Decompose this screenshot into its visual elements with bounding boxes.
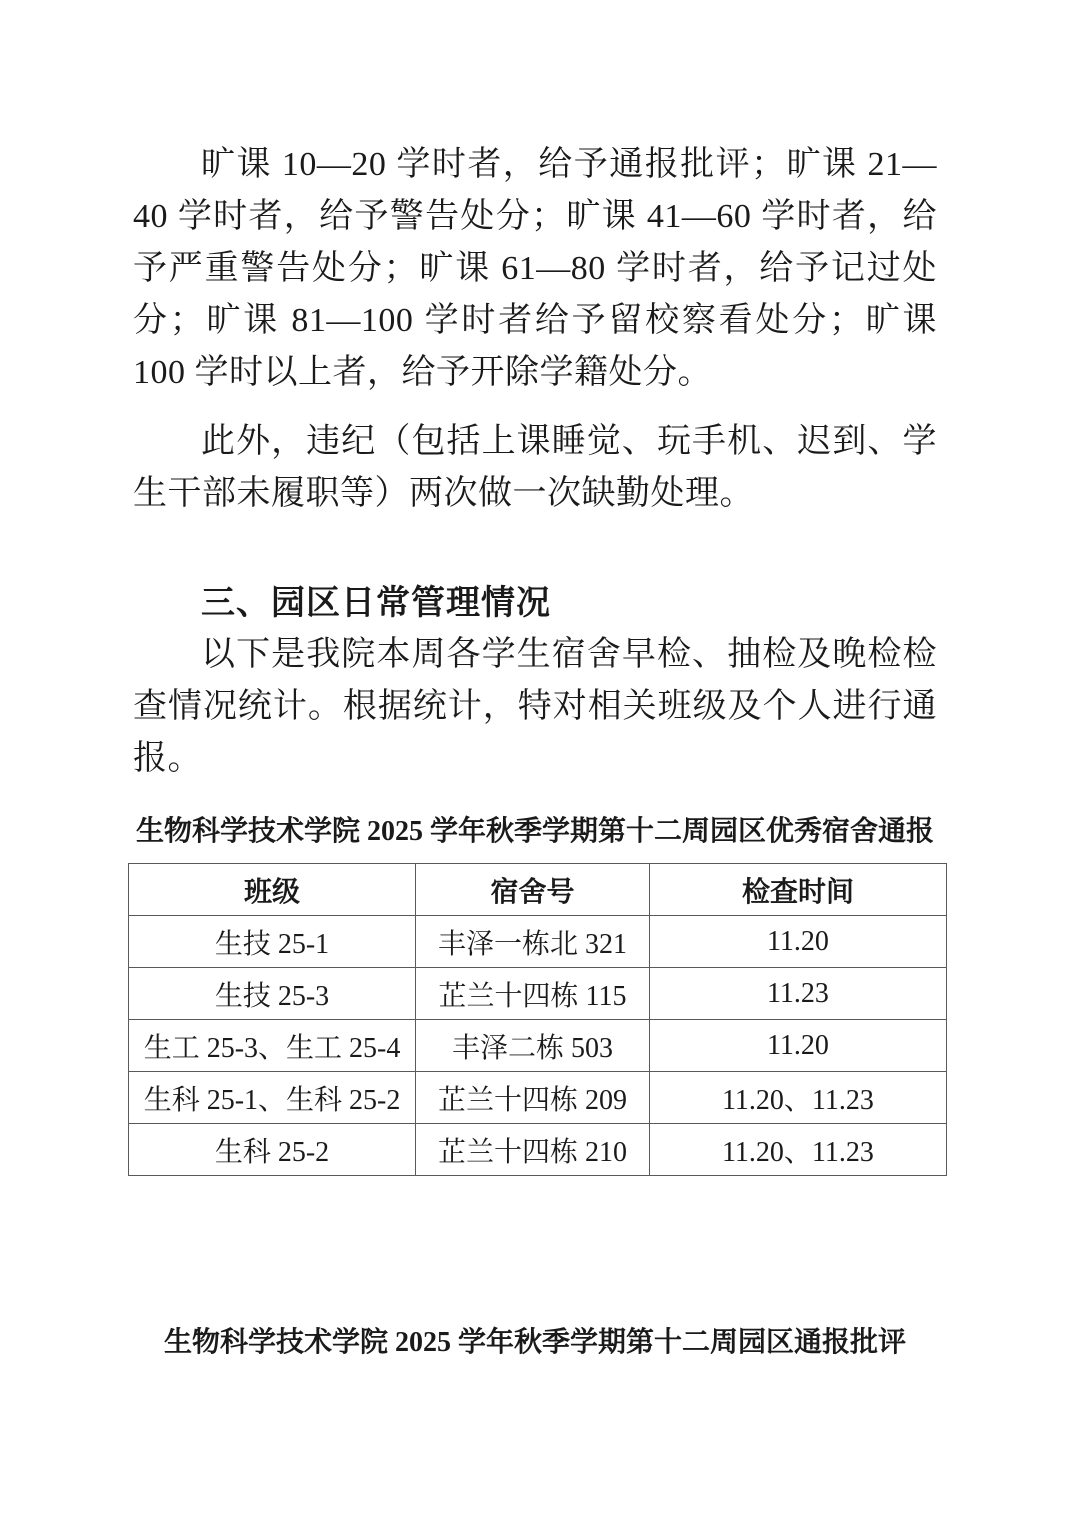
cell-date: 11.20、11.23 (649, 1072, 946, 1124)
cell-class: 生技 25-1 (129, 916, 416, 968)
cell-date: 11.23 (649, 968, 946, 1020)
document-content: 旷课 10—20 学时者，给予通报批评；旷课 21—40 学时者，给予警告处分；… (133, 0, 937, 1363)
cell-class: 生科 25-1、生科 25-2 (129, 1072, 416, 1124)
cell-date: 11.20 (649, 1020, 946, 1072)
cell-dorm: 丰泽一栋北 321 (416, 916, 650, 968)
header-cell-date: 检查时间 (649, 864, 946, 916)
cell-date: 11.20、11.23 (649, 1124, 946, 1176)
excellent-dorm-table: 班级 宿舍号 检查时间 生技 25-1 丰泽一栋北 321 11.20 生技 2… (128, 863, 947, 1176)
header-cell-class: 班级 (129, 864, 416, 916)
header-cell-dorm: 宿舍号 (416, 864, 650, 916)
paragraph-absence-rules: 旷课 10—20 学时者，给予通报批评；旷课 21—40 学时者，给予警告处分；… (133, 139, 937, 399)
table-row: 生工 25-3、生工 25-4 丰泽二栋 503 11.20 (129, 1020, 947, 1072)
table-row: 生科 25-2 芷兰十四栋 210 11.20、11.23 (129, 1124, 947, 1176)
cell-dorm: 芷兰十四栋 209 (416, 1072, 650, 1124)
table-row: 生技 25-1 丰泽一栋北 321 11.20 (129, 916, 947, 968)
cell-dorm: 芷兰十四栋 210 (416, 1124, 650, 1176)
table-header-row: 班级 宿舍号 检查时间 (129, 864, 947, 916)
section-heading-campus-management: 三、园区日常管理情况 (133, 577, 937, 629)
table-row: 生科 25-1、生科 25-2 芷兰十四栋 209 11.20、11.23 (129, 1072, 947, 1124)
table-row: 生技 25-3 芷兰十四栋 115 11.23 (129, 968, 947, 1020)
paragraph-inspection-intro: 以下是我院本周各学生宿舍早检、抽检及晚检检查情况统计。根据统计，特对相关班级及个… (133, 629, 937, 785)
criticism-table-title: 生物科学技术学院 2025 学年秋季学期第十二周园区通报批评 (133, 1323, 937, 1363)
cell-dorm: 芷兰十四栋 115 (416, 968, 650, 1020)
cell-class: 生工 25-3、生工 25-4 (129, 1020, 416, 1072)
cell-class: 生技 25-3 (129, 968, 416, 1020)
cell-class: 生科 25-2 (129, 1124, 416, 1176)
document-page: 旷课 10—20 学时者，给予通报批评；旷课 21—40 学时者，给予警告处分；… (0, 0, 1074, 1520)
paragraph-violation-rules: 此外，违纪（包括上课睡觉、玩手机、迟到、学生干部未履职等）两次做一次缺勤处理。 (133, 416, 937, 520)
excellent-dorm-table-title: 生物科学技术学院 2025 学年秋季学期第十二周园区优秀宿舍通报 (133, 812, 937, 852)
cell-date: 11.20 (649, 916, 946, 968)
cell-dorm: 丰泽二栋 503 (416, 1020, 650, 1072)
